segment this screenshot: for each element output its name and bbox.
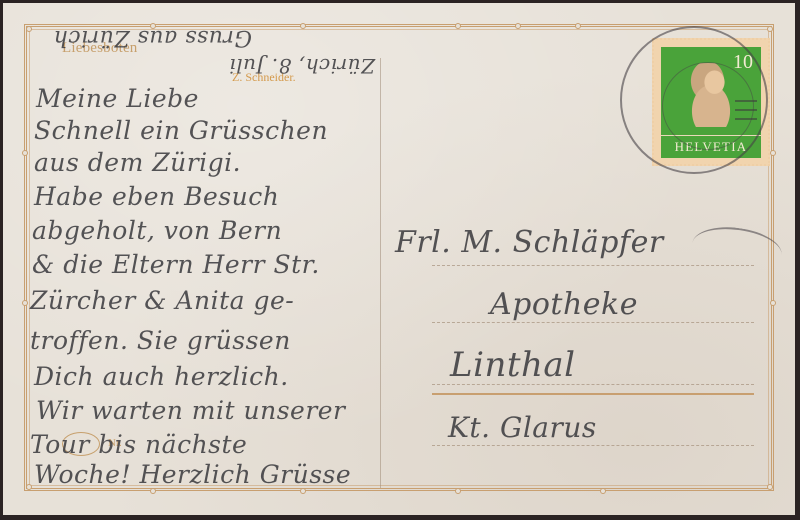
border-knot [26,484,32,490]
border-knot [770,300,776,306]
message-line-upside-down: Gruss aus Zürich [53,26,252,48]
message-line: & die Eltern Herr Str. [32,252,320,277]
message-line: Woche! Herzlich Grüsse [34,462,351,487]
border-knot [455,488,461,494]
border-knot [770,150,776,156]
border-knot [515,23,521,29]
address-recipient: Frl. M. Schläpfer [395,228,664,258]
border-knot [575,23,581,29]
address-town: Linthal [450,348,576,382]
center-divider [380,58,381,488]
border-knot [300,23,306,29]
message-line: Tour bis nächste [30,432,247,457]
border-knot [767,484,773,490]
message-line: abgeholt, von Bern [32,218,282,243]
border-knot [455,23,461,29]
border-knot [22,150,28,156]
message-line: Wir warten mit unserer [36,398,346,423]
message-line-upside-down: Zürich, 8. Juli [229,56,375,76]
message-line: Schnell ein Grüsschen [34,118,328,143]
address-line-2: Apotheke [490,290,638,320]
address-canton: Kt. Glarus [448,414,597,442]
message-line: Habe eben Besuch [34,184,279,209]
border-knot [600,488,606,494]
postmark-bars-icon [735,100,757,127]
address-rule [432,322,754,323]
border-knot [767,26,773,32]
message-line: Dich auch herzlich. [34,364,289,389]
border-knot [26,26,32,32]
message-line: troffen. Sie grüssen [30,328,291,353]
message-line: Zürcher & Anita ge- [30,288,294,313]
border-knot [22,300,28,306]
address-rule [432,445,754,446]
message-line: Meine Liebe [36,86,199,111]
message-line: aus dem Zürigi. [34,150,241,175]
address-rule-solid [432,393,754,395]
